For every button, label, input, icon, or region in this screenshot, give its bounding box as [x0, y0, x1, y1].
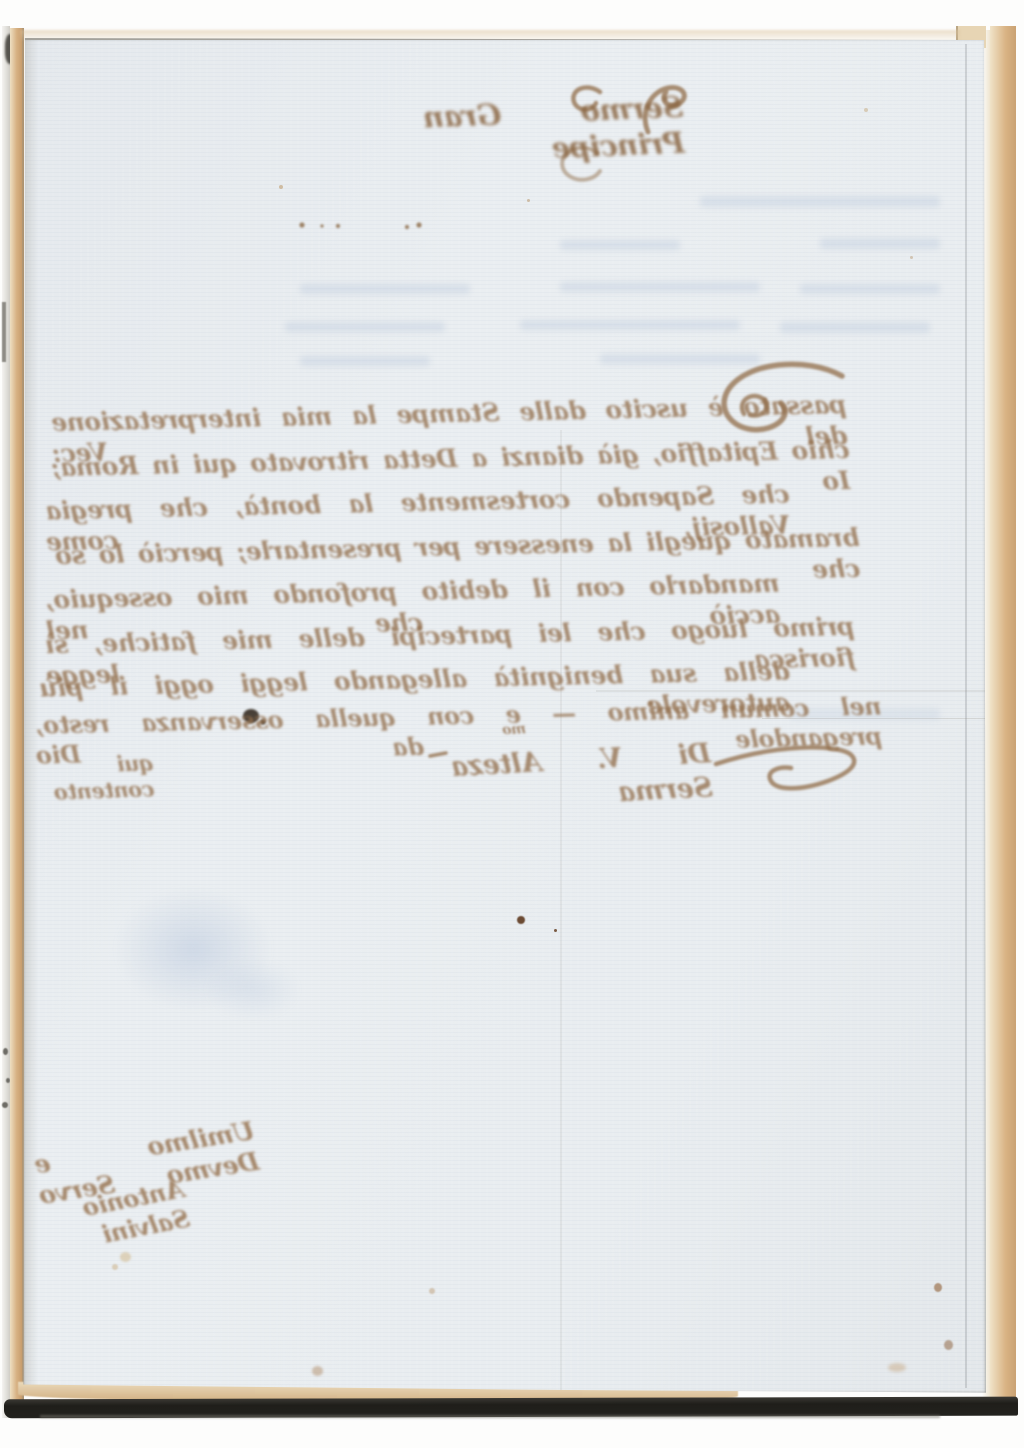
ghost-text-row — [560, 282, 760, 292]
page-fold-line-right — [965, 44, 967, 1388]
paper-speck — [527, 199, 530, 202]
gutter-strip — [2, 26, 10, 1418]
foxing-smudge — [888, 1363, 906, 1372]
ghost-text-row — [820, 238, 940, 249]
ghost-text-row — [285, 322, 445, 332]
foxing-spot — [944, 1340, 953, 1350]
foxing-spot — [429, 1288, 435, 1294]
bleedthrough-superscript: mo — [494, 721, 527, 740]
foxing-spot — [934, 1283, 942, 1292]
gutter-speck — [2, 1102, 8, 1108]
paper-speck — [864, 108, 868, 112]
blue-smudge — [205, 958, 300, 1020]
paper-speck — [910, 256, 913, 259]
ink-spot — [517, 916, 525, 924]
binding-shadow-line — [40, 1415, 940, 1418]
stain — [112, 1264, 118, 1270]
under-leaf-edge-left — [10, 28, 24, 1410]
ghost-text-row — [300, 356, 430, 366]
gutter-speck — [3, 1048, 8, 1055]
ghost-text-row — [300, 284, 470, 294]
bleedthrough-valediction: Di V. Alteza Serma — [450, 737, 713, 818]
paper-speck — [279, 185, 283, 189]
gutter-scratch — [2, 302, 6, 362]
under-leaf-edge-right — [990, 26, 1016, 1414]
ghost-text-row — [600, 354, 760, 364]
ghost-text-row — [700, 196, 940, 207]
stain — [120, 1252, 131, 1262]
ink-speck — [554, 929, 557, 932]
ghost-text-row — [560, 240, 680, 250]
bleedthrough-postscript: qui contento — [45, 750, 155, 806]
manuscript-scan: Sermo Gran Principe passato è uscito dal… — [0, 0, 1024, 1448]
bleedthrough-heading: Sermo Gran Principe — [423, 89, 686, 172]
ghost-text-row — [800, 284, 940, 294]
ghost-text-row — [520, 320, 740, 330]
foxing-spot — [312, 1366, 323, 1376]
ghost-text-row — [780, 322, 930, 333]
